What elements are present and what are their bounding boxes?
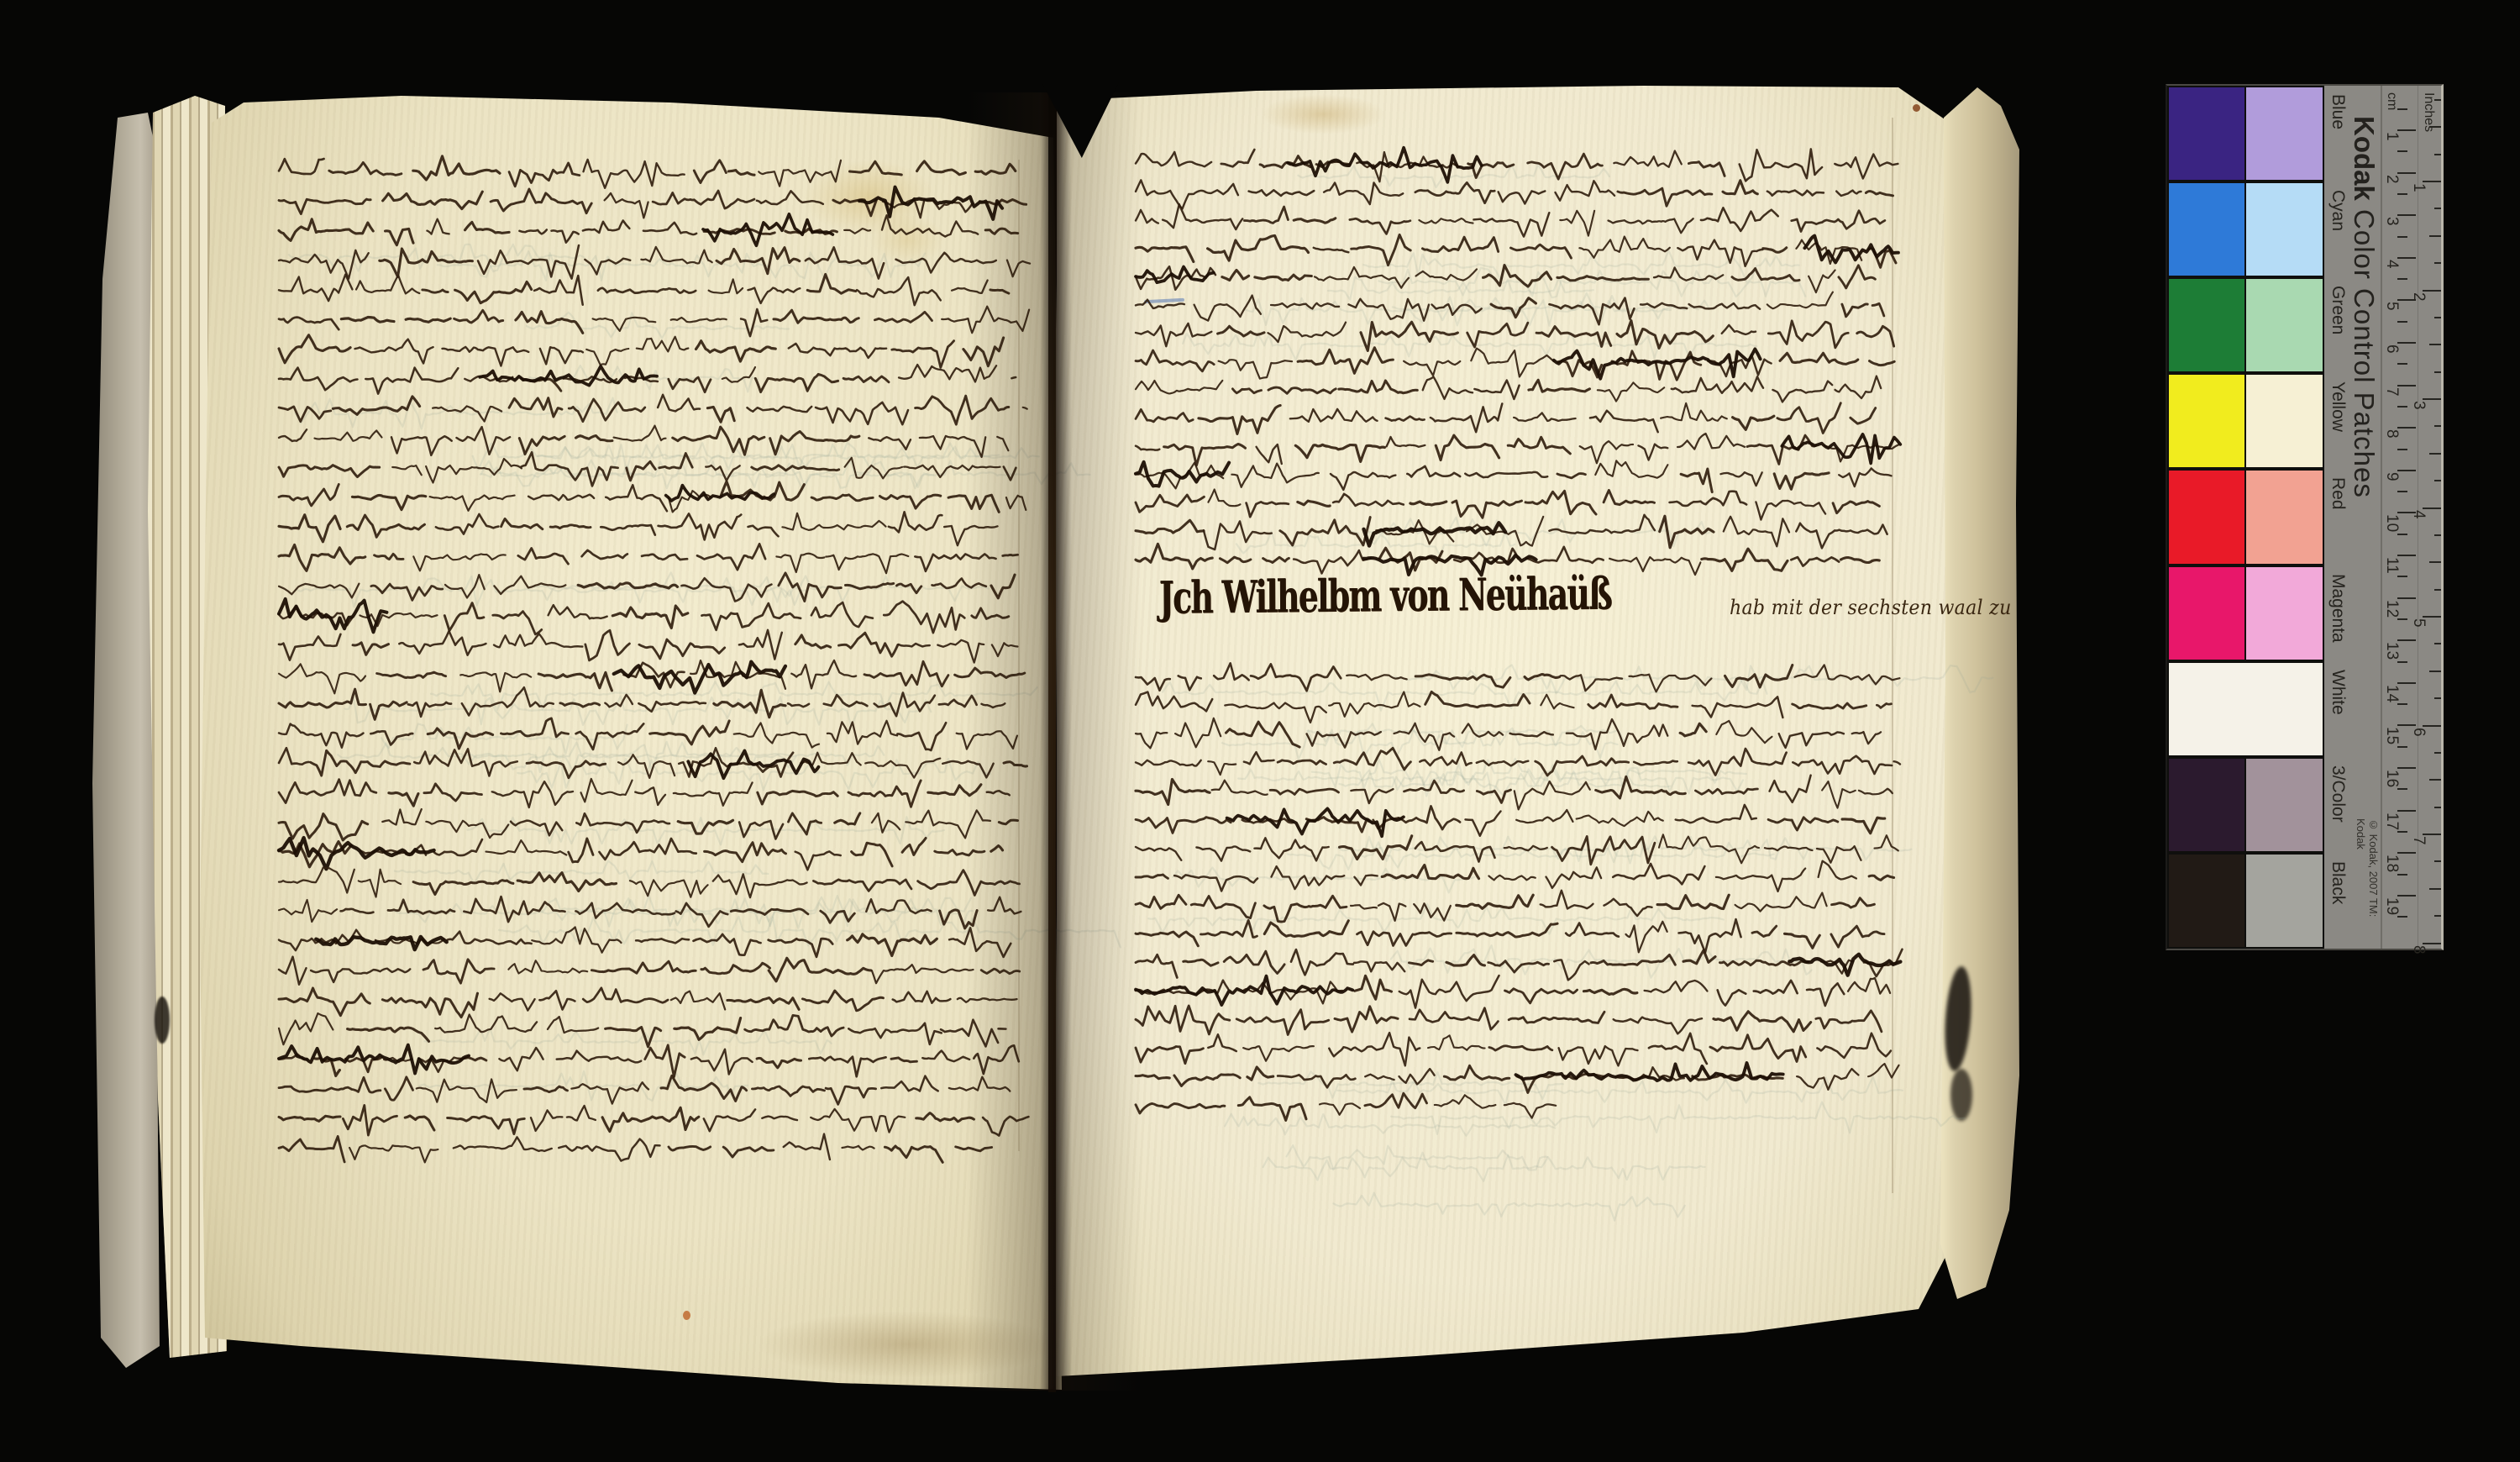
stroke	[739, 630, 782, 660]
stroke	[438, 251, 925, 281]
stroke	[519, 229, 546, 234]
stroke	[650, 721, 729, 744]
stroke	[848, 781, 921, 807]
stroke	[279, 838, 434, 869]
stroke	[1752, 926, 1777, 936]
stroke	[791, 660, 856, 689]
stroke	[872, 965, 974, 983]
cm-number: 15	[2382, 727, 2401, 744]
stroke	[981, 969, 1020, 974]
stroke	[1839, 266, 1876, 288]
cm-number: 16	[2382, 770, 2401, 787]
stroke	[1552, 837, 1655, 865]
stroke	[972, 608, 1009, 619]
stroke	[882, 215, 978, 236]
stroke	[990, 290, 1009, 293]
stroke	[1720, 472, 1761, 486]
stroke	[1136, 247, 1194, 262]
stroke	[1833, 502, 1879, 513]
stroke	[1136, 520, 1204, 533]
stroke	[1579, 237, 1669, 258]
stroke	[762, 1117, 797, 1121]
stroke	[1335, 1007, 1398, 1032]
stroke	[279, 724, 364, 748]
stroke	[1208, 1034, 1236, 1051]
stroke	[460, 672, 531, 692]
stroke	[811, 1109, 905, 1133]
stroke	[1791, 557, 1839, 566]
stroke	[1136, 210, 1158, 224]
inch-number: 3	[2409, 401, 2428, 410]
stroke	[1415, 182, 1494, 202]
stroke	[1179, 676, 1201, 690]
stroke	[1683, 950, 1715, 964]
stroke	[1541, 695, 1573, 709]
stroke	[347, 515, 424, 537]
stroke	[1614, 151, 1682, 167]
stroke	[583, 221, 630, 234]
stroke	[701, 963, 770, 974]
stroke	[879, 495, 940, 508]
stroke	[399, 631, 486, 655]
stroke	[1505, 989, 1578, 1003]
stroke	[843, 376, 889, 382]
cm-half-tick	[2397, 916, 2407, 918]
stroke	[941, 1020, 998, 1047]
stroke	[540, 347, 583, 364]
kodak-strip-title: Kodak Color Control Patches	[2348, 116, 2380, 498]
handwriting-left-page	[279, 156, 1030, 1163]
stroke	[1842, 304, 1867, 317]
stroke	[539, 991, 575, 1009]
stroke	[869, 437, 911, 450]
inch-sub-tick	[2429, 344, 2441, 345]
stroke	[1136, 350, 1214, 371]
kodak-copyright: © Kodak, 2007 TM: Kodak	[2355, 818, 2380, 949]
stroke	[386, 229, 414, 245]
stroke	[430, 496, 515, 511]
stroke	[1136, 733, 1167, 749]
stroke	[567, 1106, 596, 1121]
stroke	[1511, 245, 1572, 258]
stroke	[388, 900, 454, 914]
stroke	[586, 349, 628, 365]
stroke	[1466, 812, 1501, 836]
stroke	[279, 465, 380, 477]
stroke	[1378, 268, 1805, 298]
stroke	[1836, 191, 1861, 196]
stroke	[958, 998, 1017, 1002]
stroke	[1816, 1011, 1882, 1032]
stroke	[1414, 903, 1451, 920]
stroke	[1770, 776, 1811, 802]
stroke	[1716, 721, 1772, 743]
cm-tick	[2397, 214, 2416, 216]
stroke	[906, 810, 990, 838]
stroke	[605, 193, 648, 218]
stroke	[381, 723, 627, 754]
stroke	[1352, 234, 1411, 265]
stroke	[341, 909, 374, 913]
stroke	[1819, 861, 1856, 880]
inch-sub-tick	[2434, 807, 2441, 808]
stroke	[1314, 248, 1349, 252]
stroke	[864, 661, 948, 686]
stroke	[499, 1048, 543, 1070]
stroke	[464, 897, 564, 922]
cm-half-tick	[2397, 491, 2407, 492]
inch-sub-tick	[2434, 915, 2441, 917]
stroke	[1136, 955, 1177, 977]
stroke	[297, 576, 805, 607]
stroke	[1435, 1095, 1496, 1107]
stroke	[1733, 416, 1774, 429]
stroke	[559, 1139, 659, 1161]
stroke	[391, 436, 452, 455]
stroke	[782, 513, 885, 530]
stroke	[598, 288, 696, 293]
stroke	[1471, 349, 1553, 377]
stroke	[1777, 403, 1840, 434]
stroke	[1222, 271, 1249, 281]
stroke	[279, 199, 370, 214]
stroke	[1136, 409, 1193, 422]
stroke	[1516, 1063, 1783, 1081]
inch-tick	[2423, 507, 2441, 509]
stroke	[728, 171, 754, 176]
stroke	[423, 960, 494, 983]
cm-half-tick	[2397, 534, 2407, 535]
stroke	[352, 495, 425, 509]
stroke	[1270, 789, 1338, 794]
patch-black-solid	[2169, 855, 2244, 947]
stroke	[478, 245, 579, 279]
stroke	[948, 495, 999, 512]
cm-tick	[2397, 385, 2416, 387]
stroke	[405, 1116, 434, 1130]
stroke	[516, 312, 583, 334]
stroke	[1333, 494, 1404, 506]
stroke	[315, 430, 382, 440]
stroke	[1477, 790, 1510, 802]
stroke	[937, 640, 984, 663]
cm-half-tick	[2397, 831, 2407, 833]
stroke	[538, 672, 612, 691]
stroke	[734, 723, 819, 747]
stroke	[1477, 760, 1529, 765]
stroke	[1136, 818, 1231, 834]
inch-number: 8	[2409, 945, 2428, 955]
stroke	[1136, 544, 1212, 569]
stroke	[1580, 441, 1633, 463]
stroke	[1740, 149, 1822, 181]
inch-sub-tick	[2434, 860, 2441, 862]
stroke	[1817, 1033, 1891, 1058]
stroke	[279, 1116, 340, 1121]
inch-sub-tick	[2434, 589, 2441, 591]
cm-half-tick	[2397, 874, 2407, 876]
stroke	[884, 602, 964, 634]
stroke	[748, 288, 801, 303]
stroke	[1446, 955, 1485, 966]
cm-number: 11	[2382, 557, 2401, 574]
stroke	[406, 318, 450, 322]
stroke	[519, 436, 564, 454]
stroke	[1006, 496, 1026, 510]
stroke	[669, 1146, 711, 1150]
stroke	[1255, 275, 1311, 280]
stroke	[1499, 191, 1546, 203]
stroke	[1355, 976, 1392, 999]
stroke	[380, 249, 473, 276]
stroke	[1136, 875, 1168, 878]
stroke	[1516, 810, 1572, 823]
cm-tick	[2397, 682, 2416, 684]
stroke	[612, 606, 688, 628]
stroke	[630, 880, 708, 897]
stroke	[1793, 703, 1866, 708]
patch-label-white: White	[2328, 670, 2348, 715]
stroke	[1196, 846, 1250, 860]
stroke	[1676, 805, 1756, 823]
cm-tick	[2397, 427, 2416, 429]
handwriting-right-para1	[1136, 148, 1900, 576]
stroke	[426, 459, 522, 483]
showthrough-right	[1148, 165, 1992, 1221]
stroke	[627, 461, 656, 481]
inch-sub-tick	[2434, 154, 2441, 155]
inch-tick	[2423, 290, 2441, 292]
stroke	[795, 635, 831, 648]
cm-number: 7	[2382, 387, 2401, 397]
stroke	[1835, 155, 1898, 179]
cm-half-tick	[2397, 193, 2407, 195]
stroke	[1295, 444, 1384, 461]
stroke	[1604, 899, 1652, 916]
stroke	[1219, 360, 1293, 378]
stroke	[975, 164, 1016, 174]
stroke	[985, 229, 1018, 234]
stroke	[669, 377, 711, 392]
inch-number: 7	[2409, 836, 2428, 845]
stroke	[1023, 408, 1027, 409]
stroke	[1280, 518, 1370, 546]
stroke	[896, 253, 996, 273]
stroke	[1224, 951, 1284, 973]
stroke	[1526, 547, 1604, 563]
stroke	[279, 689, 366, 707]
stroke	[1598, 382, 1664, 401]
stroke	[645, 1045, 685, 1077]
stroke	[1473, 213, 1549, 236]
stroke	[694, 934, 761, 955]
stroke	[1290, 409, 1378, 422]
stroke	[1136, 1006, 1230, 1034]
inch-sub-tick	[2429, 235, 2441, 237]
stroke	[1767, 292, 1833, 309]
stroke	[1875, 835, 1898, 850]
stroke	[897, 723, 946, 750]
stroke	[881, 1076, 937, 1091]
stroke	[436, 514, 499, 534]
cm-tick	[2397, 172, 2416, 174]
stroke	[1184, 960, 1218, 965]
stroke	[784, 1134, 830, 1160]
stroke	[1294, 218, 1336, 224]
stroke	[383, 192, 483, 209]
cm-number: 17	[2382, 813, 2401, 830]
stroke	[1407, 466, 1460, 477]
stroke	[419, 1071, 748, 1101]
stroke	[448, 1117, 525, 1134]
stroke	[1423, 237, 1499, 251]
stroke	[349, 1145, 438, 1162]
cm-number: 3	[2382, 217, 2401, 226]
ruler: cmInches12345678910111213141516171819123…	[2381, 86, 2441, 949]
stroke	[702, 603, 801, 630]
stroke	[1225, 1114, 1555, 1136]
stroke	[355, 339, 433, 364]
stroke	[1004, 762, 1027, 766]
stroke	[1257, 444, 1282, 464]
stroke	[279, 868, 354, 893]
stroke	[279, 780, 376, 803]
stroke	[279, 664, 365, 693]
patch-yellow-tint	[2246, 375, 2323, 467]
stroke	[377, 672, 446, 677]
stroke	[1797, 1069, 1858, 1090]
stroke	[1444, 1065, 1509, 1080]
kodak-brand: Kodak	[2349, 116, 2380, 201]
stroke	[696, 341, 776, 361]
stroke	[501, 518, 543, 529]
stroke	[1386, 417, 1425, 421]
stroke	[1714, 1012, 1811, 1032]
stroke	[602, 1107, 699, 1131]
stroke	[606, 485, 667, 511]
stroke	[1339, 381, 1418, 393]
stroke	[493, 612, 542, 634]
stroke	[1175, 718, 1221, 748]
stroke	[813, 880, 911, 891]
stroke	[454, 1137, 552, 1151]
stroke	[1541, 891, 1593, 909]
stroke	[1588, 695, 1677, 708]
stroke	[809, 1057, 885, 1077]
patch-blue-tint	[2246, 87, 2323, 180]
cm-half-tick	[2397, 618, 2407, 620]
stroke	[705, 843, 786, 862]
inch-sub-tick	[2429, 888, 2441, 890]
inch-sub-tick	[2429, 671, 2441, 672]
stroke	[1768, 818, 1838, 830]
stroke	[1194, 296, 1261, 321]
stroke	[1236, 1010, 1329, 1035]
stroke	[1735, 893, 1827, 912]
stroke	[1391, 1102, 1965, 1134]
stroke	[1249, 190, 1315, 196]
stroke	[1244, 752, 1274, 764]
stroke	[343, 1105, 396, 1135]
stroke	[1007, 260, 1030, 277]
stroke	[1656, 352, 1701, 380]
inch-number: 1	[2409, 183, 2428, 192]
cm-number: 6	[2382, 344, 2401, 354]
stroke	[893, 991, 951, 1003]
stroke	[826, 1086, 876, 1104]
cm-number: 14	[2382, 685, 2401, 702]
stroke	[659, 513, 742, 539]
patch-label-3color: 3/Color	[2328, 765, 2348, 823]
cm-half-tick	[2397, 108, 2407, 110]
stroke	[560, 703, 600, 707]
stroke	[1264, 921, 1348, 937]
stroke	[697, 544, 765, 570]
stroke	[982, 703, 1005, 707]
stroke	[425, 1028, 832, 1054]
stroke	[1618, 188, 1712, 206]
stroke	[1763, 248, 1787, 252]
stroke	[1870, 361, 1895, 365]
stroke	[279, 429, 307, 441]
inch-sub-tick	[2434, 480, 2441, 481]
stroke	[1851, 408, 1876, 424]
stroke	[1489, 1046, 1552, 1050]
stroke	[279, 1013, 333, 1044]
stroke	[843, 1146, 874, 1150]
stroke	[1566, 923, 1619, 937]
cm-number: 8	[2382, 429, 2401, 439]
stroke	[952, 281, 988, 293]
stroke	[296, 398, 617, 429]
cm-number: 10	[2382, 514, 2401, 532]
stroke	[413, 554, 505, 571]
stroke	[444, 603, 484, 631]
stroke	[717, 248, 800, 274]
stroke	[1768, 321, 1848, 348]
stroke	[1354, 961, 1404, 971]
stroke	[1416, 269, 1478, 280]
inch-sub-tick	[2434, 99, 2441, 101]
stroke	[1399, 976, 1499, 1008]
stroke	[1510, 732, 1553, 736]
stroke	[279, 1077, 381, 1092]
stroke	[1779, 732, 1844, 747]
cm-half-tick	[2397, 150, 2407, 152]
stroke	[1536, 327, 1611, 347]
stroke	[987, 791, 1010, 795]
stroke	[1839, 468, 1891, 486]
stroke	[748, 407, 812, 412]
stroke	[1859, 789, 1893, 795]
inch-tick	[2423, 616, 2441, 618]
inch-sub-tick	[2429, 453, 2441, 455]
stroke	[674, 782, 753, 805]
stroke	[1772, 381, 1832, 402]
stroke	[703, 214, 832, 245]
stroke	[991, 575, 1015, 598]
stroke	[1677, 434, 1745, 450]
inch-sub-tick	[2429, 126, 2441, 128]
stroke	[935, 850, 984, 855]
stroke	[1866, 192, 1893, 196]
stroke	[1613, 864, 1704, 885]
stroke	[279, 814, 368, 840]
stroke	[1136, 976, 1352, 1006]
stroke	[963, 338, 1004, 366]
stroke	[413, 156, 500, 180]
stroke	[1365, 1075, 1394, 1080]
